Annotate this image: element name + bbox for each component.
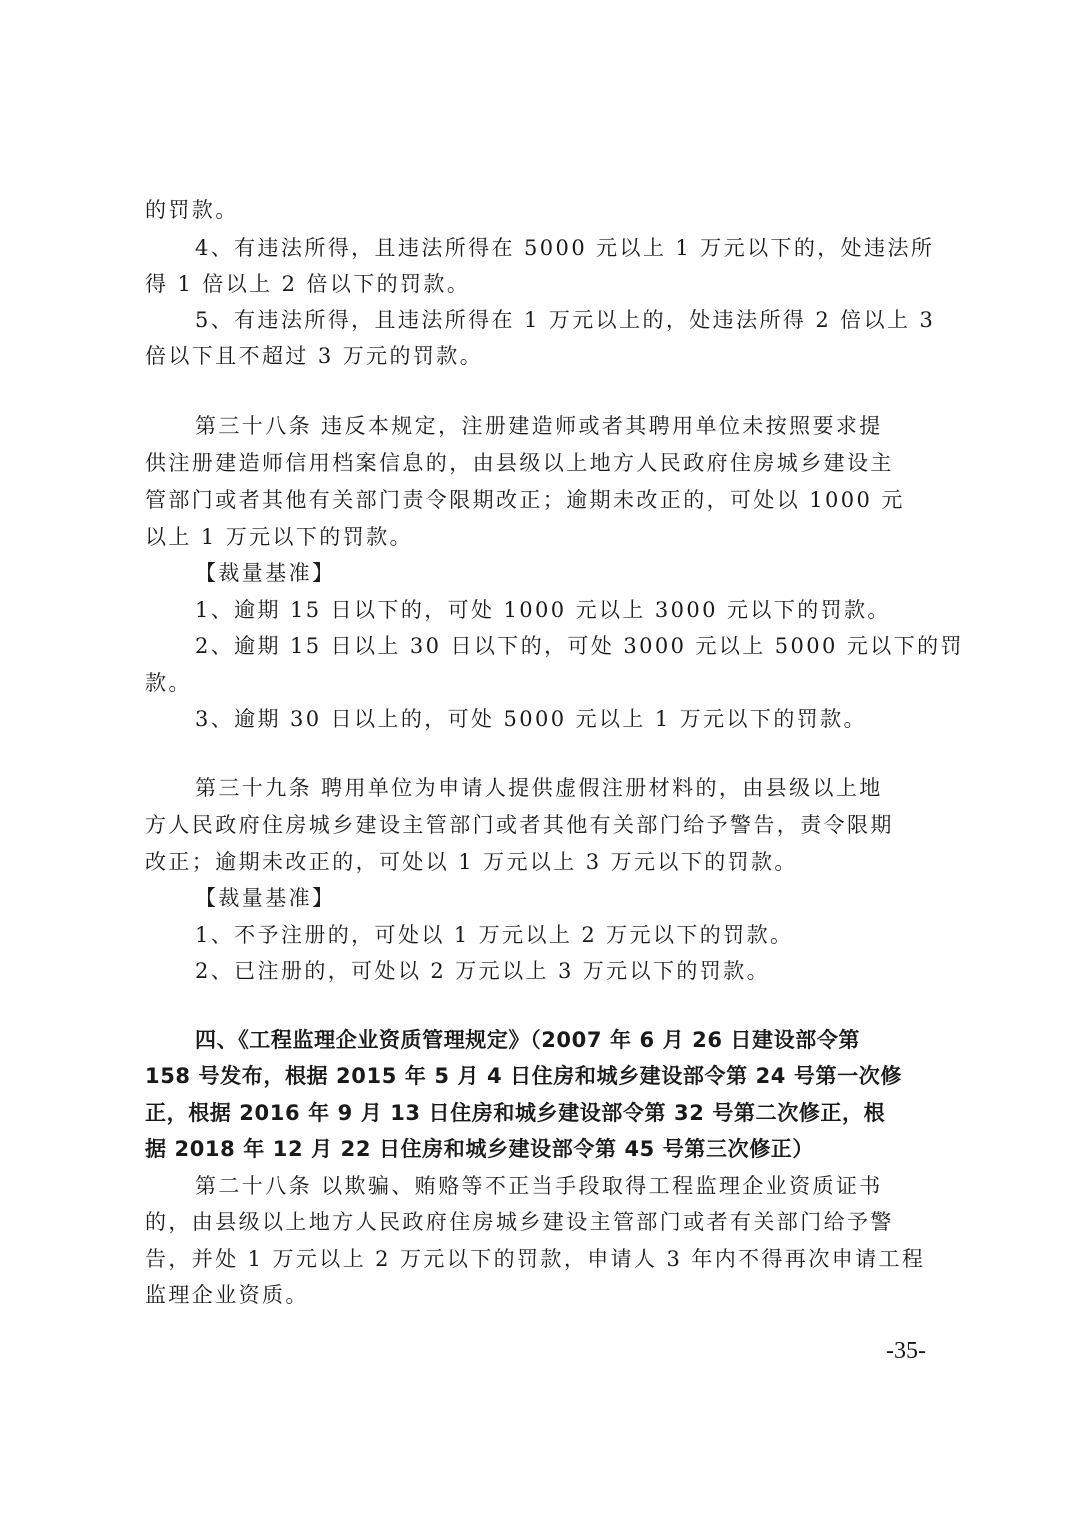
page-number: -35- (886, 1338, 926, 1365)
text-line: 的，由县级以上地方人民政府住房城乡建设主管部门或者有关部门给予警 (145, 1206, 945, 1238)
text-line: 3、逾期 30 日以上的，可处 5000 元以上 1 万元以下的罚款。 (195, 703, 945, 735)
section-heading-line: 158 号发布，根据 2015 年 5 月 4 日住房和城乡建设部令第 24 号… (145, 1060, 945, 1092)
document-page: 的罚款。4、有违法所得，且违法所得在 5000 元以上 1 万元以下的，处违法所… (0, 0, 1075, 1520)
text-line: 告，并处 1 万元以上 2 万元以下的罚款，申请人 3 年内不得再次申请工程 (145, 1243, 945, 1275)
text-line: 供注册建造师信用档案信息的，由县级以上地方人民政府住房城乡建设主 (145, 447, 945, 479)
text-line: 1、不予注册的，可处以 1 万元以上 2 万元以下的罚款。 (195, 919, 945, 951)
text-line: 第三十八条 违反本规定，注册建造师或者其聘用单位未按照要求提 (195, 410, 945, 442)
section-heading-line: 四、《工程监理企业资质管理规定》（2007 年 6 月 26 日建设部令第 (195, 1024, 945, 1056)
text-line: 管部门或者其他有关部门责令限期改正；逾期未改正的，可处以 1000 元 (145, 484, 945, 516)
text-line: 2、逾期 15 日以上 30 日以下的，可处 3000 元以上 5000 元以下… (195, 630, 945, 662)
text-line: 【裁量基准】 (195, 882, 945, 914)
text-line: 的罚款。 (145, 194, 945, 226)
text-line: 方人民政府住房城乡建设主管部门或者其他有关部门给予警告，责令限期 (145, 809, 945, 841)
text-line: 以上 1 万元以下的罚款。 (145, 521, 945, 553)
text-line: 4、有违法所得，且违法所得在 5000 元以上 1 万元以下的，处违法所 (195, 232, 945, 264)
text-line: 1、逾期 15 日以下的，可处 1000 元以上 3000 元以下的罚款。 (195, 594, 945, 626)
section-heading-line: 正，根据 2016 年 9 月 13 日住房和城乡建设部令第 32 号第二次修正… (145, 1097, 945, 1129)
text-line: 得 1 倍以上 2 倍以下的罚款。 (145, 268, 945, 300)
text-line: 第二十八条 以欺骗、贿赂等不正当手段取得工程监理企业资质证书 (195, 1170, 945, 1202)
text-line: 款。 (145, 667, 945, 699)
text-line: 监理企业资质。 (145, 1279, 945, 1311)
text-line: 改正；逾期未改正的，可处以 1 万元以上 3 万元以下的罚款。 (145, 846, 945, 878)
text-line: 倍以下且不超过 3 万元的罚款。 (145, 340, 945, 372)
text-line: 5、有违法所得，且违法所得在 1 万元以上的，处违法所得 2 倍以上 3 (195, 304, 945, 336)
section-heading-line: 据 2018 年 12 月 22 日住房和城乡建设部令第 45 号第三次修正） (145, 1133, 945, 1165)
text-line: 2、已注册的，可处以 2 万元以上 3 万元以下的罚款。 (195, 955, 945, 987)
text-line: 第三十九条 聘用单位为申请人提供虚假注册材料的，由县级以上地 (195, 772, 945, 804)
text-line: 【裁量基准】 (195, 557, 945, 589)
